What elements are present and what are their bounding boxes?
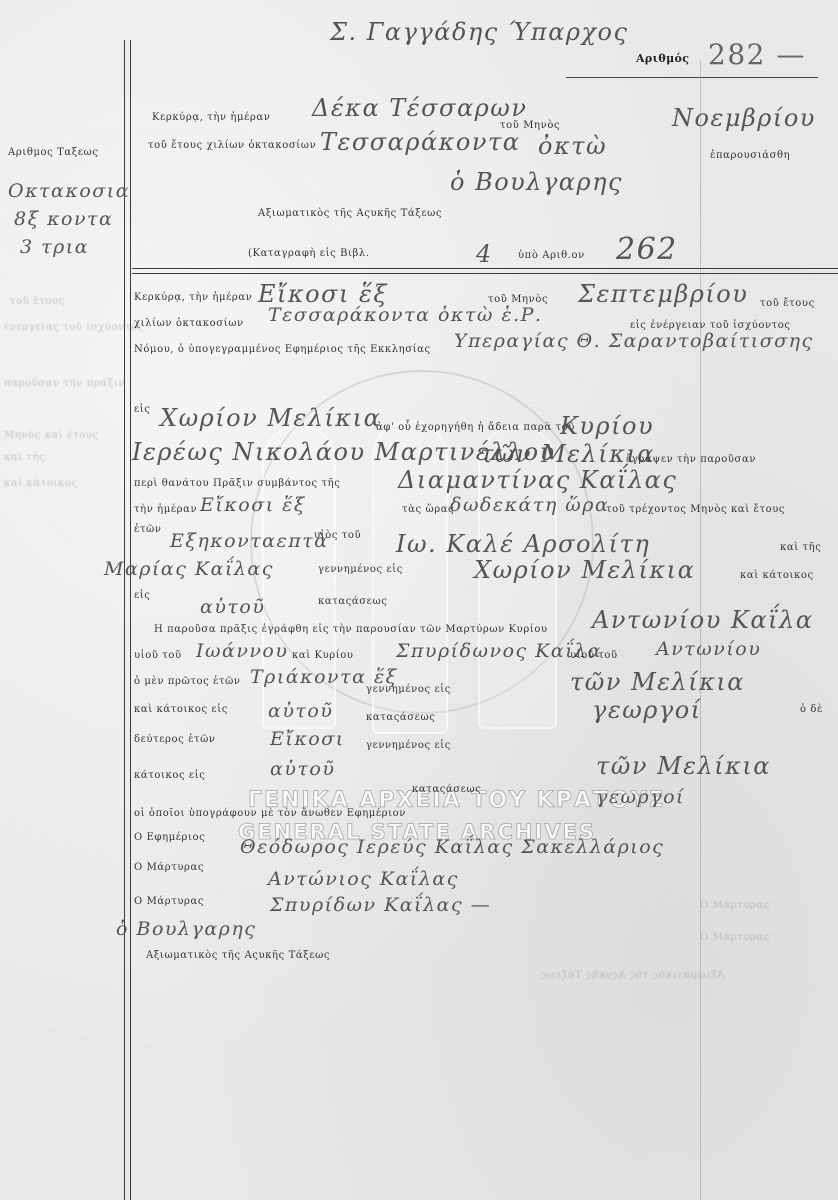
main-month-hand: Σεπτεμβρίου [578, 280, 748, 308]
main-first-resident-label: καὶ κάτοικος εἰς [134, 704, 228, 715]
main-deceased-hand: Διαμαντίνας Καΐλας [398, 466, 677, 494]
main-and-label: καὶ τῆς [780, 542, 821, 553]
main-and-mr-label: καὶ Κυρίου [292, 650, 354, 661]
number-underline [566, 77, 818, 78]
main-witness2-father-hand: Αντωνίου [656, 638, 761, 660]
number-label: Αριθμός [636, 52, 689, 65]
main-wrote-label: ἔγραψεν τὴν παροῦσαν [626, 454, 756, 465]
upper-month-hand: Νοεμβρίου [672, 104, 816, 132]
main-death-day-hand: Εἴκοσι ἕξ [200, 494, 306, 516]
section-divider-double-rule [132, 268, 838, 274]
main-priest-church-label: Νόμου, ὁ ὑπογεγραμμένος Εφημέριος τῆς Εκ… [134, 344, 431, 355]
main-witness-intro-label: Η παροῦσα πρᾶξις ἐγράφθη εἰς τὴν παρουσί… [154, 624, 548, 635]
main-death-act-label: περὶ θανάτου Πρᾶξιν συμβάντος τῆς [134, 478, 340, 489]
priest-label: Ο Εφημέριος [134, 832, 205, 843]
main-year-hand: Τεσσαράκοντα ὀκτὼ ἑ.Ρ. [268, 304, 542, 326]
main-second-occupation-hand: γεωργοί [596, 786, 685, 808]
main-second-born-label: γεννημένος εἰς [366, 740, 451, 751]
main-second-resident-label: κάτοικος εἰς [134, 770, 205, 781]
main-resident-label: καὶ κάτοικος [740, 570, 814, 581]
upper-register-label: (Καταγραφὴ εἰς Βιβλ. [248, 248, 370, 259]
show-through-text: Ο Μάρτυρας [700, 900, 770, 911]
main-witness1-son-label: υἱοῦ τοῦ [134, 650, 182, 661]
top-signature: Σ. Γαγγάδης Ύπαρχος [330, 18, 628, 46]
main-mother-hand: Μαρίας Καΐλας [104, 558, 274, 580]
witness1-signature: Αντώνιος Καΐλας [268, 868, 459, 890]
upper-year-hand-2: ὀκτὼ [538, 132, 607, 160]
main-second-age-label: δεύτερος ἐτῶν [134, 734, 216, 745]
left-margin-double-rule [124, 40, 131, 1200]
main-village-hand: Χωρίον Μελίκια [160, 404, 381, 432]
main-second-age-hand: Εἴκοσι [270, 728, 345, 750]
main-day-label: τὴν ἡμέραν [134, 504, 197, 515]
main-second-status-label: καταςάσεως [412, 784, 481, 795]
main-status-label: καταςάσεως [318, 596, 387, 607]
main-second-birthplace-hand: τῶν Μελίκια [596, 752, 771, 780]
officer-signature: ὁ Βουλγαρης [116, 918, 256, 940]
main-birthplace-hand: Χωρίον Μελίκια [474, 556, 695, 584]
main-first-residence-hand: αὐτοῦ [268, 700, 333, 722]
show-through-text: παροῦσαν τὴν πράξιν [4, 378, 125, 389]
officer-label: Αξιωματικὸς τῆς Αςυκῆς Τάξεως [146, 950, 330, 961]
main-first-occupation-hand: γεωργοί [592, 696, 702, 724]
upper-register-book: 4 [476, 240, 493, 268]
witness2-signature: Σπυρίδων Καΐλας — [270, 894, 491, 916]
witness1-label: Ο Μάρτυρας [134, 862, 204, 873]
show-through-text: καὶ κάτοικος [4, 478, 78, 489]
left-margin-label: Αριθμος Ταξεως [8, 147, 99, 158]
main-sign-with-priest-label: οἱ ὁποῖοι ὑπογράφουν μὲ τὸν ἄνωθεν Εφημέ… [134, 808, 406, 819]
left-margin-hand-1: Οκτακοσια [8, 180, 130, 202]
main-residence-hand: αὐτοῦ [200, 596, 265, 618]
upper-presented-label: ἐπαρουσιάσθη [710, 150, 790, 161]
witness2-label: Ο Μάρτυρας [134, 896, 204, 907]
main-church-hand: Υπεραγίας Θ. Σαραντοβαίτισσης [454, 330, 814, 352]
show-through-text: Ο Μάρτυρας [700, 932, 770, 943]
number-value: 282 — [708, 38, 806, 71]
show-through-text: Αξιωματικὸς τῆς Αςυκῆς Τάξεως [540, 970, 724, 981]
main-permission-hand: Κυρίου [560, 412, 654, 440]
main-thousands-label: χιλίων ὀκτακοσίων [134, 318, 244, 329]
upper-date-label: Κερκύρᾳ, τὴν ἡμέραν [152, 112, 270, 123]
main-year-label: τοῦ ἔτους [760, 298, 815, 309]
main-permission-label: ἀφ' οὗ ἐχορηγήθη ἡ ἄδεια παρὰ τοῦ [376, 422, 575, 433]
main-son-of-label: υἱὸς τοῦ [314, 530, 361, 541]
upper-register-number: 262 [616, 232, 678, 267]
main-witness1-hand: Αντωνίου Καΐλα [592, 606, 813, 634]
main-first-born-label: γεννημένος εἰς [366, 684, 451, 695]
upper-year-label: τοῦ ἔτους χιλίων ὀκτακοσίων [148, 140, 316, 151]
left-margin-hand-3: 3 τρια [20, 236, 89, 258]
main-hours-label: τὰς ὥρας [402, 504, 454, 515]
main-witness2-son-label: υἱοῦ τοῦ [570, 650, 618, 661]
show-through-text: Μηνὸς καὶ ἔτους [4, 430, 99, 441]
show-through-text: ἐνεργείας τοῦ ἰσχύοντος [4, 322, 144, 333]
main-witness1-father-hand: Ιωάννου [196, 640, 288, 662]
main-second-residence-hand: αὐτοῦ [270, 758, 335, 780]
upper-day-hand: Δέκα Τέσσαρων [312, 94, 527, 122]
priest-signature: Θεόδωρος Ιερεύς Καΐλας Σακελλάριος [240, 836, 664, 858]
main-in-label-2: εἰς [134, 590, 151, 601]
main-second-intro-label: ὁ δὲ [800, 704, 823, 715]
main-first-status-label: καταςάσεως [366, 712, 435, 723]
left-margin-hand-2: 8ξ κοντα [14, 208, 113, 230]
main-age-label: ἐτῶν [134, 524, 162, 535]
main-current-month-label: τοῦ τρέχοντος Μηνὸς καὶ ἔτους [606, 504, 785, 515]
show-through-text: τοῦ ἔτους [10, 296, 65, 307]
show-through-text: καὶ τῆς [4, 452, 45, 463]
main-first-age-label: ὁ μὲν πρῶτος ἐτῶν [134, 676, 241, 687]
upper-register-num-label: ὑπὸ Αριθ.ον [518, 250, 585, 261]
main-date-label: Κερκύρᾳ, τὴν ἡμέραν [134, 292, 252, 303]
main-born-label: γεννημένος εἰς [318, 564, 403, 575]
main-first-birthplace-hand: τῶν Μελίκια [570, 668, 745, 696]
upper-officer-signature: ὁ Βουλγαρης [450, 168, 623, 196]
main-in-label: εἰς [134, 404, 151, 415]
main-age-hand: Εξηκονταεπτὰ [170, 530, 329, 552]
upper-officer-label: Αξιωματικὸς τῆς Αςυκῆς Τάξεως [258, 208, 442, 219]
upper-year-hand: Τεσσαράκοντα [320, 128, 520, 156]
main-father-hand: Ιω. Καλέ Αρσολίτη [396, 530, 650, 558]
main-hour-hand: δωδεκάτη ὥρα [450, 494, 609, 516]
